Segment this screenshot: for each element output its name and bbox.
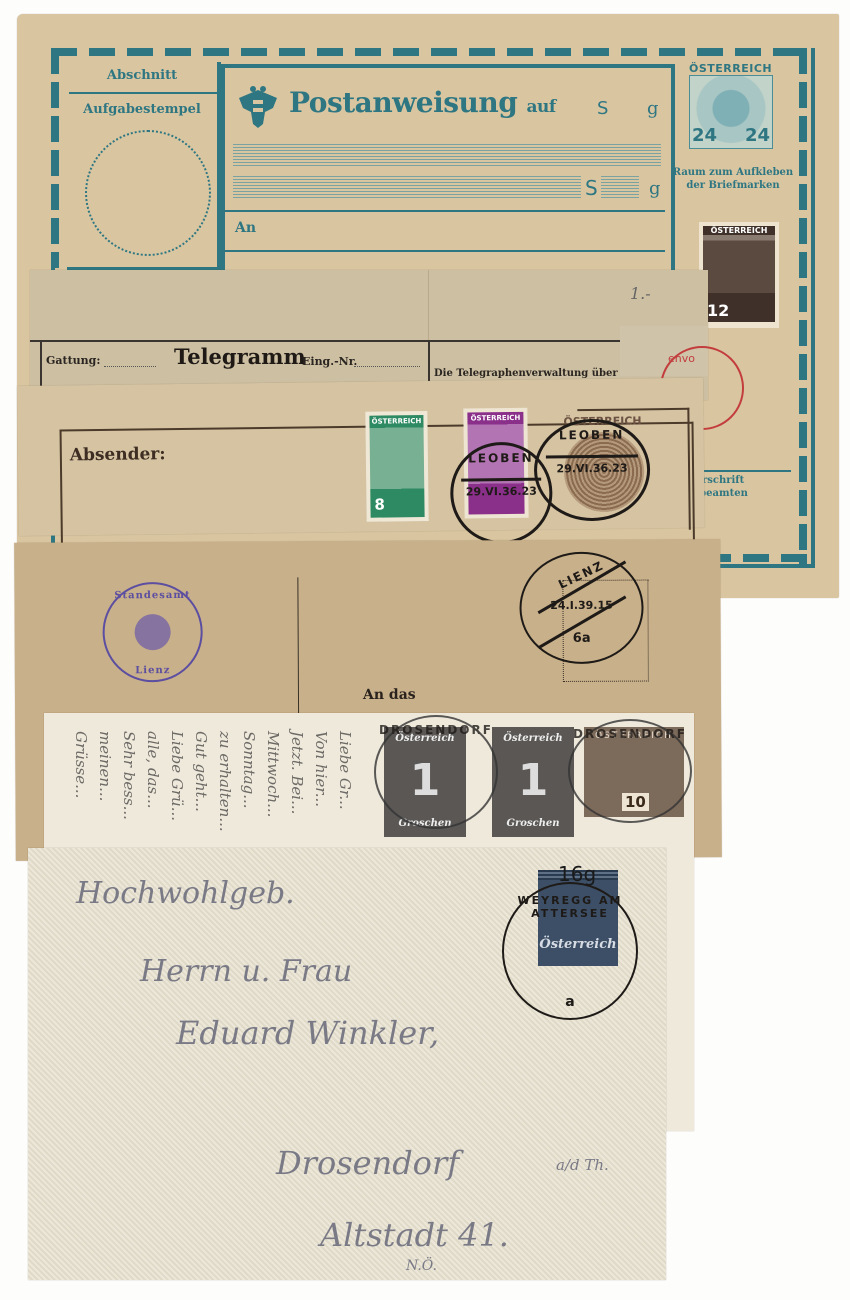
indicia-country: ÖSTERREICH bbox=[689, 62, 771, 75]
telegram-title: Telegramm bbox=[174, 344, 306, 369]
admin-text: Die Telegraphenverwaltung über bbox=[434, 368, 618, 379]
title-suffix: auf bbox=[527, 97, 556, 117]
stamp-area-label: Aufgabestempel bbox=[67, 102, 217, 117]
currency-g-label: g bbox=[647, 98, 659, 119]
handwriting-line: alle, das... bbox=[144, 731, 162, 809]
section-label: Abschnitt bbox=[67, 68, 217, 83]
handwriting-line: Liebe Gr... bbox=[336, 731, 354, 810]
red-stamp-text: envo bbox=[668, 352, 695, 365]
dashed-border-left bbox=[51, 48, 59, 268]
coat-of-arms-icon bbox=[235, 84, 281, 128]
stamp-country: ÖSTERREICH bbox=[369, 417, 423, 426]
postmark-date: 29.VI.36.23 bbox=[537, 462, 647, 476]
stamp-value: 1 bbox=[492, 755, 574, 806]
stamp-country: ÖSTERREICH bbox=[467, 414, 523, 423]
postage-stamp-8g: ÖSTERREICH 8 bbox=[365, 411, 428, 522]
dashed-border-top bbox=[51, 48, 811, 56]
handwriting-line: Sonntag... bbox=[240, 731, 258, 809]
address-line: Drosendorf bbox=[276, 1144, 459, 1182]
handwriting-line: Gut geht... bbox=[192, 731, 210, 812]
currency-g-label-2: g bbox=[649, 178, 661, 199]
stamp-unit: Groschen bbox=[492, 818, 574, 829]
divider bbox=[225, 250, 665, 252]
indicia-eagle-image: 2424 bbox=[689, 75, 773, 149]
header-rule bbox=[30, 340, 630, 342]
form-title: Postanweisung auf bbox=[289, 86, 556, 119]
address-prefix: An das bbox=[363, 687, 416, 703]
postmark-date: 29.VI.36.23 bbox=[453, 485, 549, 499]
postage-stamp-1g: Österreich 1 Groschen bbox=[492, 727, 574, 837]
coupon-section: Abschnitt Aufgabestempel bbox=[67, 62, 221, 271]
indicia-value-right: 24 bbox=[745, 125, 770, 146]
pencil-mark: 1.- bbox=[630, 284, 651, 303]
groschen-field bbox=[601, 176, 639, 200]
address-line: Eduard Winkler, bbox=[176, 1014, 439, 1052]
handwriting-line: Jetzt. Bei... bbox=[288, 731, 306, 814]
postmark-drosendorf: DROSENDORF bbox=[568, 719, 692, 823]
handstamp-bottom-text: Lienz bbox=[105, 665, 201, 677]
address-label: An bbox=[235, 220, 256, 236]
divider bbox=[69, 92, 217, 94]
postmark-town: DROSENDORF bbox=[570, 727, 690, 741]
handwriting-line: Mittwoch... bbox=[264, 731, 282, 817]
postage-stamp-12g: ÖSTERREICH 12 bbox=[699, 222, 779, 328]
handwriting-line: meinen... bbox=[96, 731, 114, 801]
registry-office-handstamp: Standesamt Lienz bbox=[102, 582, 203, 683]
currency-s-label: S bbox=[597, 98, 608, 119]
handwriting-line: Sehr bess... bbox=[120, 731, 138, 820]
fold-line bbox=[428, 270, 429, 340]
type-label: Gattung: bbox=[46, 354, 100, 367]
stamp-value: 12 bbox=[707, 301, 729, 320]
stamp-value: 8 bbox=[374, 496, 385, 514]
stamp-placement-note: Raum zum Aufkleben der Briefmarken bbox=[671, 166, 795, 192]
postmark-bar bbox=[546, 454, 638, 458]
postmark-weyregg: WEYREGG AM ATTERSEE a bbox=[502, 882, 638, 1020]
postmark-drosendorf: DROSENDORF bbox=[374, 715, 498, 829]
indicia-value-left: 24 bbox=[692, 125, 717, 146]
postmark-date: 24.I.39.15 bbox=[521, 599, 641, 613]
entry-number-label: Eing.-Nr. bbox=[302, 355, 357, 368]
note-line-1: Raum zum Aufkleben bbox=[671, 166, 795, 179]
currency-s-label-2: S bbox=[585, 176, 598, 200]
handwriting-line: Von hier... bbox=[312, 731, 330, 807]
stamp-country: ÖSTERREICH bbox=[703, 226, 775, 235]
postmark-sub: 6a bbox=[522, 631, 642, 647]
main-form-area: Postanweisung auf S g S g An bbox=[221, 64, 675, 278]
title-text: Postanweisung bbox=[289, 86, 517, 119]
handwriting-line: Liebe Grü... bbox=[168, 731, 186, 821]
address-line: N.Ö. bbox=[406, 1258, 437, 1274]
sender-card-leoben: Absender: ÖSTERREICH 8 ÖSTERREICH ÖSTERR… bbox=[17, 378, 705, 536]
postmark-lienz: LIENZ 24.I.39.15 6a bbox=[519, 552, 644, 665]
handwriting-area: Liebe Gr...Von hier...Jetzt. Bei...Mittw… bbox=[44, 713, 364, 833]
printed-indicia: ÖSTERREICH 2424 bbox=[689, 62, 771, 162]
emblem-icon bbox=[135, 614, 171, 650]
address-line: Altstadt 41. bbox=[320, 1216, 509, 1254]
addressed-envelope: Hochwohlgeb. Herrn u. Frau Eduard Winkle… bbox=[28, 848, 666, 1280]
handwriting-line: zu erhalten... bbox=[216, 731, 234, 832]
handwriting-line: Grüsse... bbox=[72, 731, 90, 798]
postmark-town: LEOBEN bbox=[537, 427, 647, 442]
amount-words-field bbox=[233, 144, 661, 168]
postmark-town: DROSENDORF bbox=[376, 723, 496, 737]
address-line: Herrn u. Frau bbox=[140, 954, 352, 989]
stamp-country: Österreich bbox=[492, 733, 574, 744]
type-field bbox=[104, 366, 156, 367]
sender-label: Absender: bbox=[70, 444, 166, 465]
postmark-town: WEYREGG AM ATTERSEE bbox=[504, 894, 636, 920]
postmark-circle bbox=[85, 130, 211, 256]
divider bbox=[225, 210, 665, 212]
handstamp-top-text: Standesamt bbox=[104, 590, 200, 602]
dashed-border-right bbox=[799, 48, 807, 564]
postmark-bar bbox=[461, 477, 542, 481]
postmark-sub: a bbox=[504, 994, 636, 1010]
entry-number-field bbox=[354, 366, 420, 367]
note-line-2: der Briefmarken bbox=[671, 179, 795, 192]
address-line: Hochwohlgeb. bbox=[76, 876, 295, 911]
address-line: a/d Th. bbox=[556, 1156, 609, 1174]
amount-field bbox=[233, 176, 581, 200]
